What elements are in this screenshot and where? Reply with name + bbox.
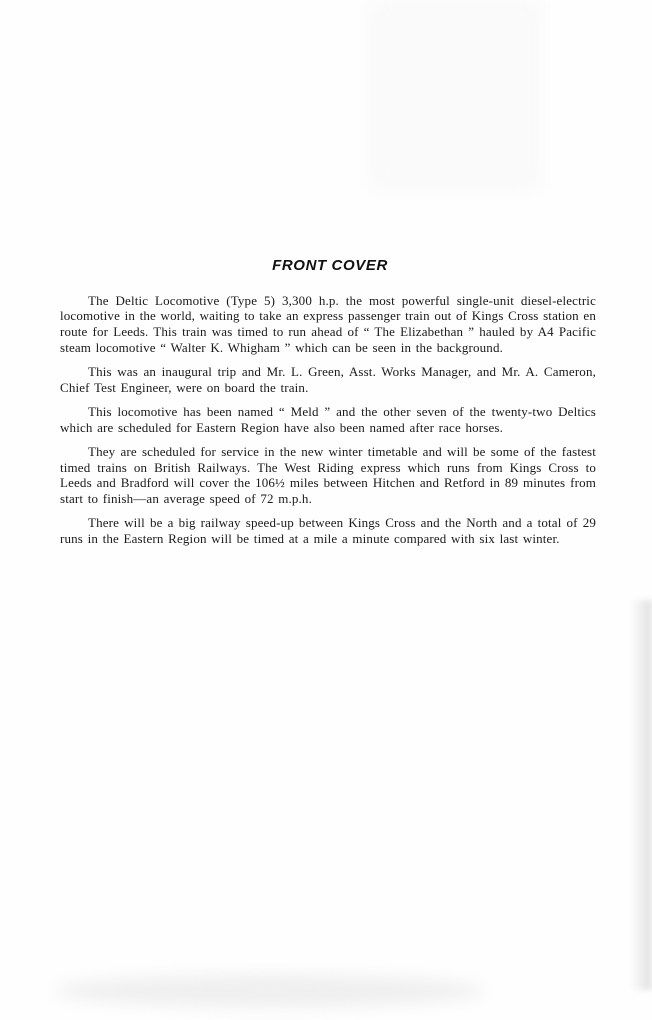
scan-shadow-bottom xyxy=(55,975,485,1007)
paragraph-schedule: They are scheduled for service in the ne… xyxy=(60,444,596,507)
page-title: FRONT COVER xyxy=(64,258,596,274)
paragraph-deltic-description: The Deltic Locomotive (Type 5) 3,300 h.p… xyxy=(60,293,596,356)
paragraph-inaugural-trip: This was an inaugural trip and Mr. L. Gr… xyxy=(60,364,596,395)
paragraph-naming: This locomotive has been named “ Meld ” … xyxy=(60,404,596,435)
paragraph-speed-up: There will be a big railway speed-up bet… xyxy=(60,515,596,546)
scan-shadow-upper xyxy=(370,0,540,190)
scan-shadow-right-edge xyxy=(630,600,652,990)
article-body: FRONT COVER The Deltic Locomotive (Type … xyxy=(60,258,596,555)
document-page: FRONT COVER The Deltic Locomotive (Type … xyxy=(0,0,652,1020)
